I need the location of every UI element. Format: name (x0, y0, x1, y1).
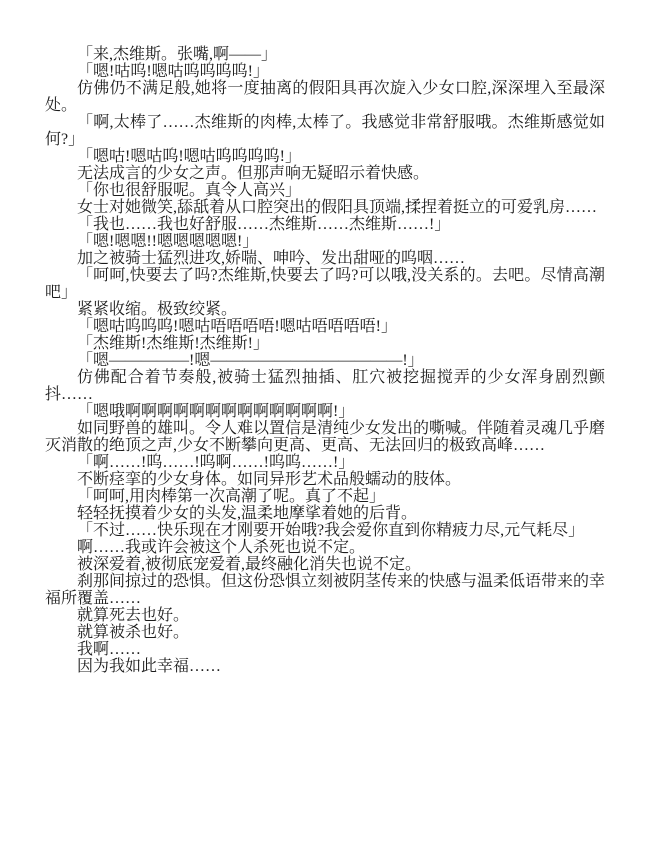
paragraph: 「啊……!呜……!呜啊……!呜呜……!」 (45, 454, 605, 471)
paragraph: 「嗯咕呜呜呜!嗯咕唔唔唔唔!嗯咕唔唔唔唔!」 (45, 318, 605, 335)
paragraph: 「呵呵,快要去了吗?杰维斯,快要去了吗?可以哦,没关系的。去吧。尽情高潮吧」 (45, 267, 605, 301)
paragraph: 「嗯—————!嗯————————————!」 (45, 352, 605, 369)
paragraph: 「啊,太棒了……杰维斯的肉棒,太棒了。我感觉非常舒服哦。杰维斯感觉如何?」 (45, 114, 605, 148)
paragraph: 「不过……快乐现在才刚要开始哦?我会爱你直到你精疲力尽,元气耗尽」 (45, 522, 605, 539)
paragraph: 「你也很舒服呢。真令人高兴」 (45, 182, 605, 199)
paragraph: 「呵呵,用肉棒第一次高潮了呢。真了不起」 (45, 488, 605, 505)
paragraph: 「嗯咕!嗯咕呜!嗯咕呜呜呜呜!」 (45, 148, 605, 165)
paragraph: 加之被骑士猛烈进攻,娇喘、呻吟、发出甜哑的呜咽…… (45, 250, 605, 267)
paragraph: 就算死去也好。 (45, 607, 605, 624)
paragraph: 女士对她微笑,舔舐着从口腔突出的假阳具顶端,揉捏着挺立的可爱乳房…… (45, 199, 605, 216)
paragraph: 被深爱着,被彻底宠爱着,最终融化消失也说不定。 (45, 556, 605, 573)
paragraph: 「我也……我也好舒服……杰维斯……杰维斯……!」 (45, 216, 605, 233)
paragraph: 「嗯!咕呜!嗯咕呜呜呜呜!」 (45, 63, 605, 80)
paragraph: 啊……我或许会被这个人杀死也说不定。 (45, 539, 605, 556)
document-page: 「来,杰维斯。张嘴,啊——」「嗯!咕呜!嗯咕呜呜呜呜!」仿佛仍不满足般,她将一度… (0, 0, 650, 850)
text-block: 「来,杰维斯。张嘴,啊——」「嗯!咕呜!嗯咕呜呜呜呜!」仿佛仍不满足般,她将一度… (45, 46, 605, 675)
paragraph: 「嗯哦啊啊啊啊啊啊啊啊啊啊啊啊啊!」 (45, 403, 605, 420)
paragraph: 紧紧收缩。极致绞紧。 (45, 301, 605, 318)
paragraph: 「来,杰维斯。张嘴,啊——」 (45, 46, 605, 63)
paragraph: 如同野兽的雄叫。令人难以置信是清纯少女发出的嘶喊。伴随着灵魂几乎磨灭消散的绝顶之… (45, 420, 605, 454)
paragraph: 刹那间掠过的恐惧。但这份恐惧立刻被阴茎传来的快感与温柔低语带来的幸福所覆盖…… (45, 573, 605, 607)
paragraph: 因为我如此幸福…… (45, 658, 605, 675)
paragraph: 就算被杀也好。 (45, 624, 605, 641)
paragraph: 不断痉挛的少女身体。如同异形艺术品般蠕动的肢体。 (45, 471, 605, 488)
paragraph: 轻轻抚摸着少女的头发,温柔地摩挲着她的后背。 (45, 505, 605, 522)
paragraph: 仿佛配合着节奏般,被骑士猛烈抽插、肛穴被挖掘搅弄的少女浑身剧烈颤抖…… (45, 369, 605, 403)
paragraph: 「嗯!嗯嗯!!嗯嗯嗯嗯嗯!」 (45, 233, 605, 250)
paragraph: 仿佛仍不满足般,她将一度抽离的假阳具再次旋入少女口腔,深深埋入至最深处。 (45, 80, 605, 114)
paragraph: 我啊…… (45, 641, 605, 658)
paragraph: 无法成言的少女之声。但那声响无疑昭示着快感。 (45, 165, 605, 182)
paragraph: 「杰维斯!杰维斯!杰维斯!」 (45, 335, 605, 352)
